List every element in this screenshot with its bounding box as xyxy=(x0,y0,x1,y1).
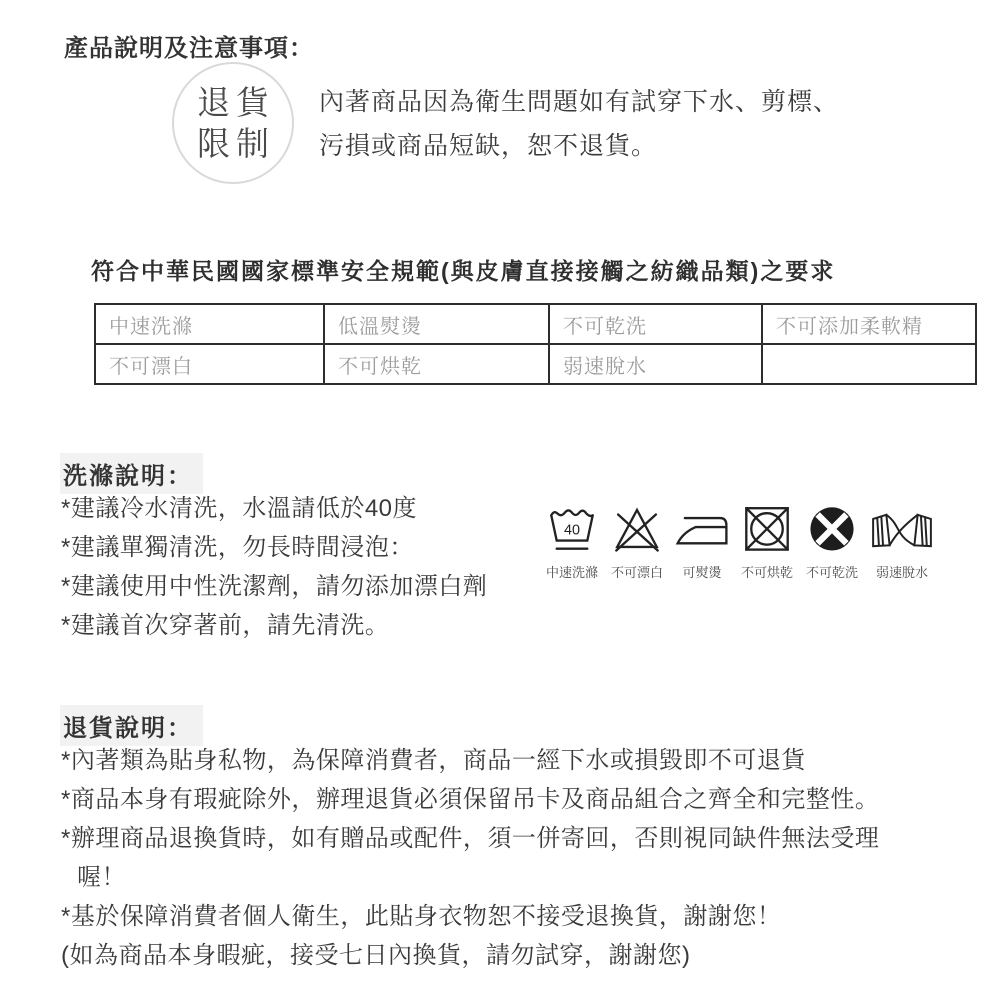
care-symbol-row: 40 中速洗滌 不可漂白 可 xyxy=(544,500,935,581)
list-item: *基於保障消費者個人衛生，此貼身衣物恕不接受退換貨，謝謝您！ xyxy=(61,897,879,936)
hygiene-notice-line-1: 內著商品因為衛生問題如有試穿下水、剪標、 xyxy=(319,80,839,124)
list-item: *建議首次穿著前，請先清洗。 xyxy=(61,606,487,645)
care-symbol-label: 可熨燙 xyxy=(682,562,721,581)
care-symbol: 不可乾洗 xyxy=(804,500,860,581)
table-cell: 不可漂白 xyxy=(95,344,324,384)
hygiene-notice-line-2: 污損或商品短缺，恕不退貨。 xyxy=(319,124,839,168)
care-symbol-label: 不可漂白 xyxy=(611,562,663,581)
no-tumble-dry-icon xyxy=(740,500,794,556)
badge-line-2: 限制 xyxy=(191,123,275,164)
table-cell: 低溫熨燙 xyxy=(324,304,549,344)
return-section-title: 退貨說明： xyxy=(60,705,203,746)
return-policy-list: *內著類為貼身私物，為保障消費者，商品一經下水或損毀即不可退貨 *商品本身有瑕疵… xyxy=(61,741,879,975)
care-symbol-label: 不可烘乾 xyxy=(741,562,793,581)
care-symbol: 不可漂白 xyxy=(609,500,665,581)
washing-instruction-list: *建議冷水清洗，水溫請低於40度 *建議單獨清洗，勿長時間浸泡： *建議使用中性… xyxy=(61,489,487,645)
care-symbol-label: 中速洗滌 xyxy=(546,562,598,581)
care-instruction-table: 中速洗滌 低溫熨燙 不可乾洗 不可添加柔軟精 不可漂白 不可烘乾 弱速脫水 xyxy=(94,303,977,385)
hygiene-notice: 內著商品因為衛生問題如有試穿下水、剪標、 污損或商品短缺，恕不退貨。 xyxy=(319,80,839,168)
table-row: 中速洗滌 低溫熨燙 不可乾洗 不可添加柔軟精 xyxy=(95,304,976,344)
washing-section-title: 洗滌說明： xyxy=(60,453,203,494)
return-restriction-badge: 退貨 限制 xyxy=(172,62,294,184)
list-item: *商品本身有瑕疵除外，辦理退貨必須保留吊卡及商品組合之齊全和完整性。 xyxy=(61,780,879,819)
care-symbol: 可熨燙 xyxy=(674,500,730,581)
table-cell: 不可烘乾 xyxy=(324,344,549,384)
no-bleach-icon xyxy=(610,500,664,556)
list-item: *建議單獨清洗，勿長時間浸泡： xyxy=(61,528,487,567)
machine-wash-40-icon: 40 xyxy=(545,500,599,556)
list-item: *建議使用中性洗潔劑，請勿添加漂白劑 xyxy=(61,567,487,606)
page-title: 產品說明及注意事項： xyxy=(64,28,314,63)
list-item: (如為商品本身暇疵，接受七日內換貨，請勿試穿，謝謝您) xyxy=(61,936,879,975)
table-cell: 弱速脫水 xyxy=(549,344,762,384)
weak-wring-icon xyxy=(869,500,935,556)
product-notice-page: 產品說明及注意事項： 退貨 限制 內著商品因為衛生問題如有試穿下水、剪標、 污損… xyxy=(0,0,1000,1000)
table-row: 不可漂白 不可烘乾 弱速脫水 xyxy=(95,344,976,384)
list-item: *辦理商品退換貨時，如有贈品或配件，須一併寄回，否則視同缺件無法受理 xyxy=(61,819,879,858)
table-cell xyxy=(762,344,976,384)
care-symbol: 弱速脫水 xyxy=(869,500,935,581)
badge-line-1: 退貨 xyxy=(191,82,275,123)
care-symbol-label: 弱速脫水 xyxy=(876,562,928,581)
table-cell: 不可添加柔軟精 xyxy=(762,304,976,344)
care-symbol: 40 中速洗滌 xyxy=(544,500,600,581)
table-cell: 不可乾洗 xyxy=(549,304,762,344)
care-symbol-label: 不可乾洗 xyxy=(806,562,858,581)
list-item-continuation: 喔！ xyxy=(61,858,879,897)
table-cell: 中速洗滌 xyxy=(95,304,324,344)
care-symbol: 不可烘乾 xyxy=(739,500,795,581)
iron-ok-icon xyxy=(673,500,731,556)
list-item: *內著類為貼身私物，為保障消費者，商品一經下水或損毀即不可退貨 xyxy=(61,741,879,780)
list-item: *建議冷水清洗，水溫請低於40度 xyxy=(61,489,487,528)
safety-standard-heading: 符合中華民國國家標準安全規範(與皮膚直接接觸之紡織品類)之要求 xyxy=(91,253,835,286)
no-dry-clean-icon xyxy=(805,500,859,556)
wash-temperature-value: 40 xyxy=(564,522,580,538)
